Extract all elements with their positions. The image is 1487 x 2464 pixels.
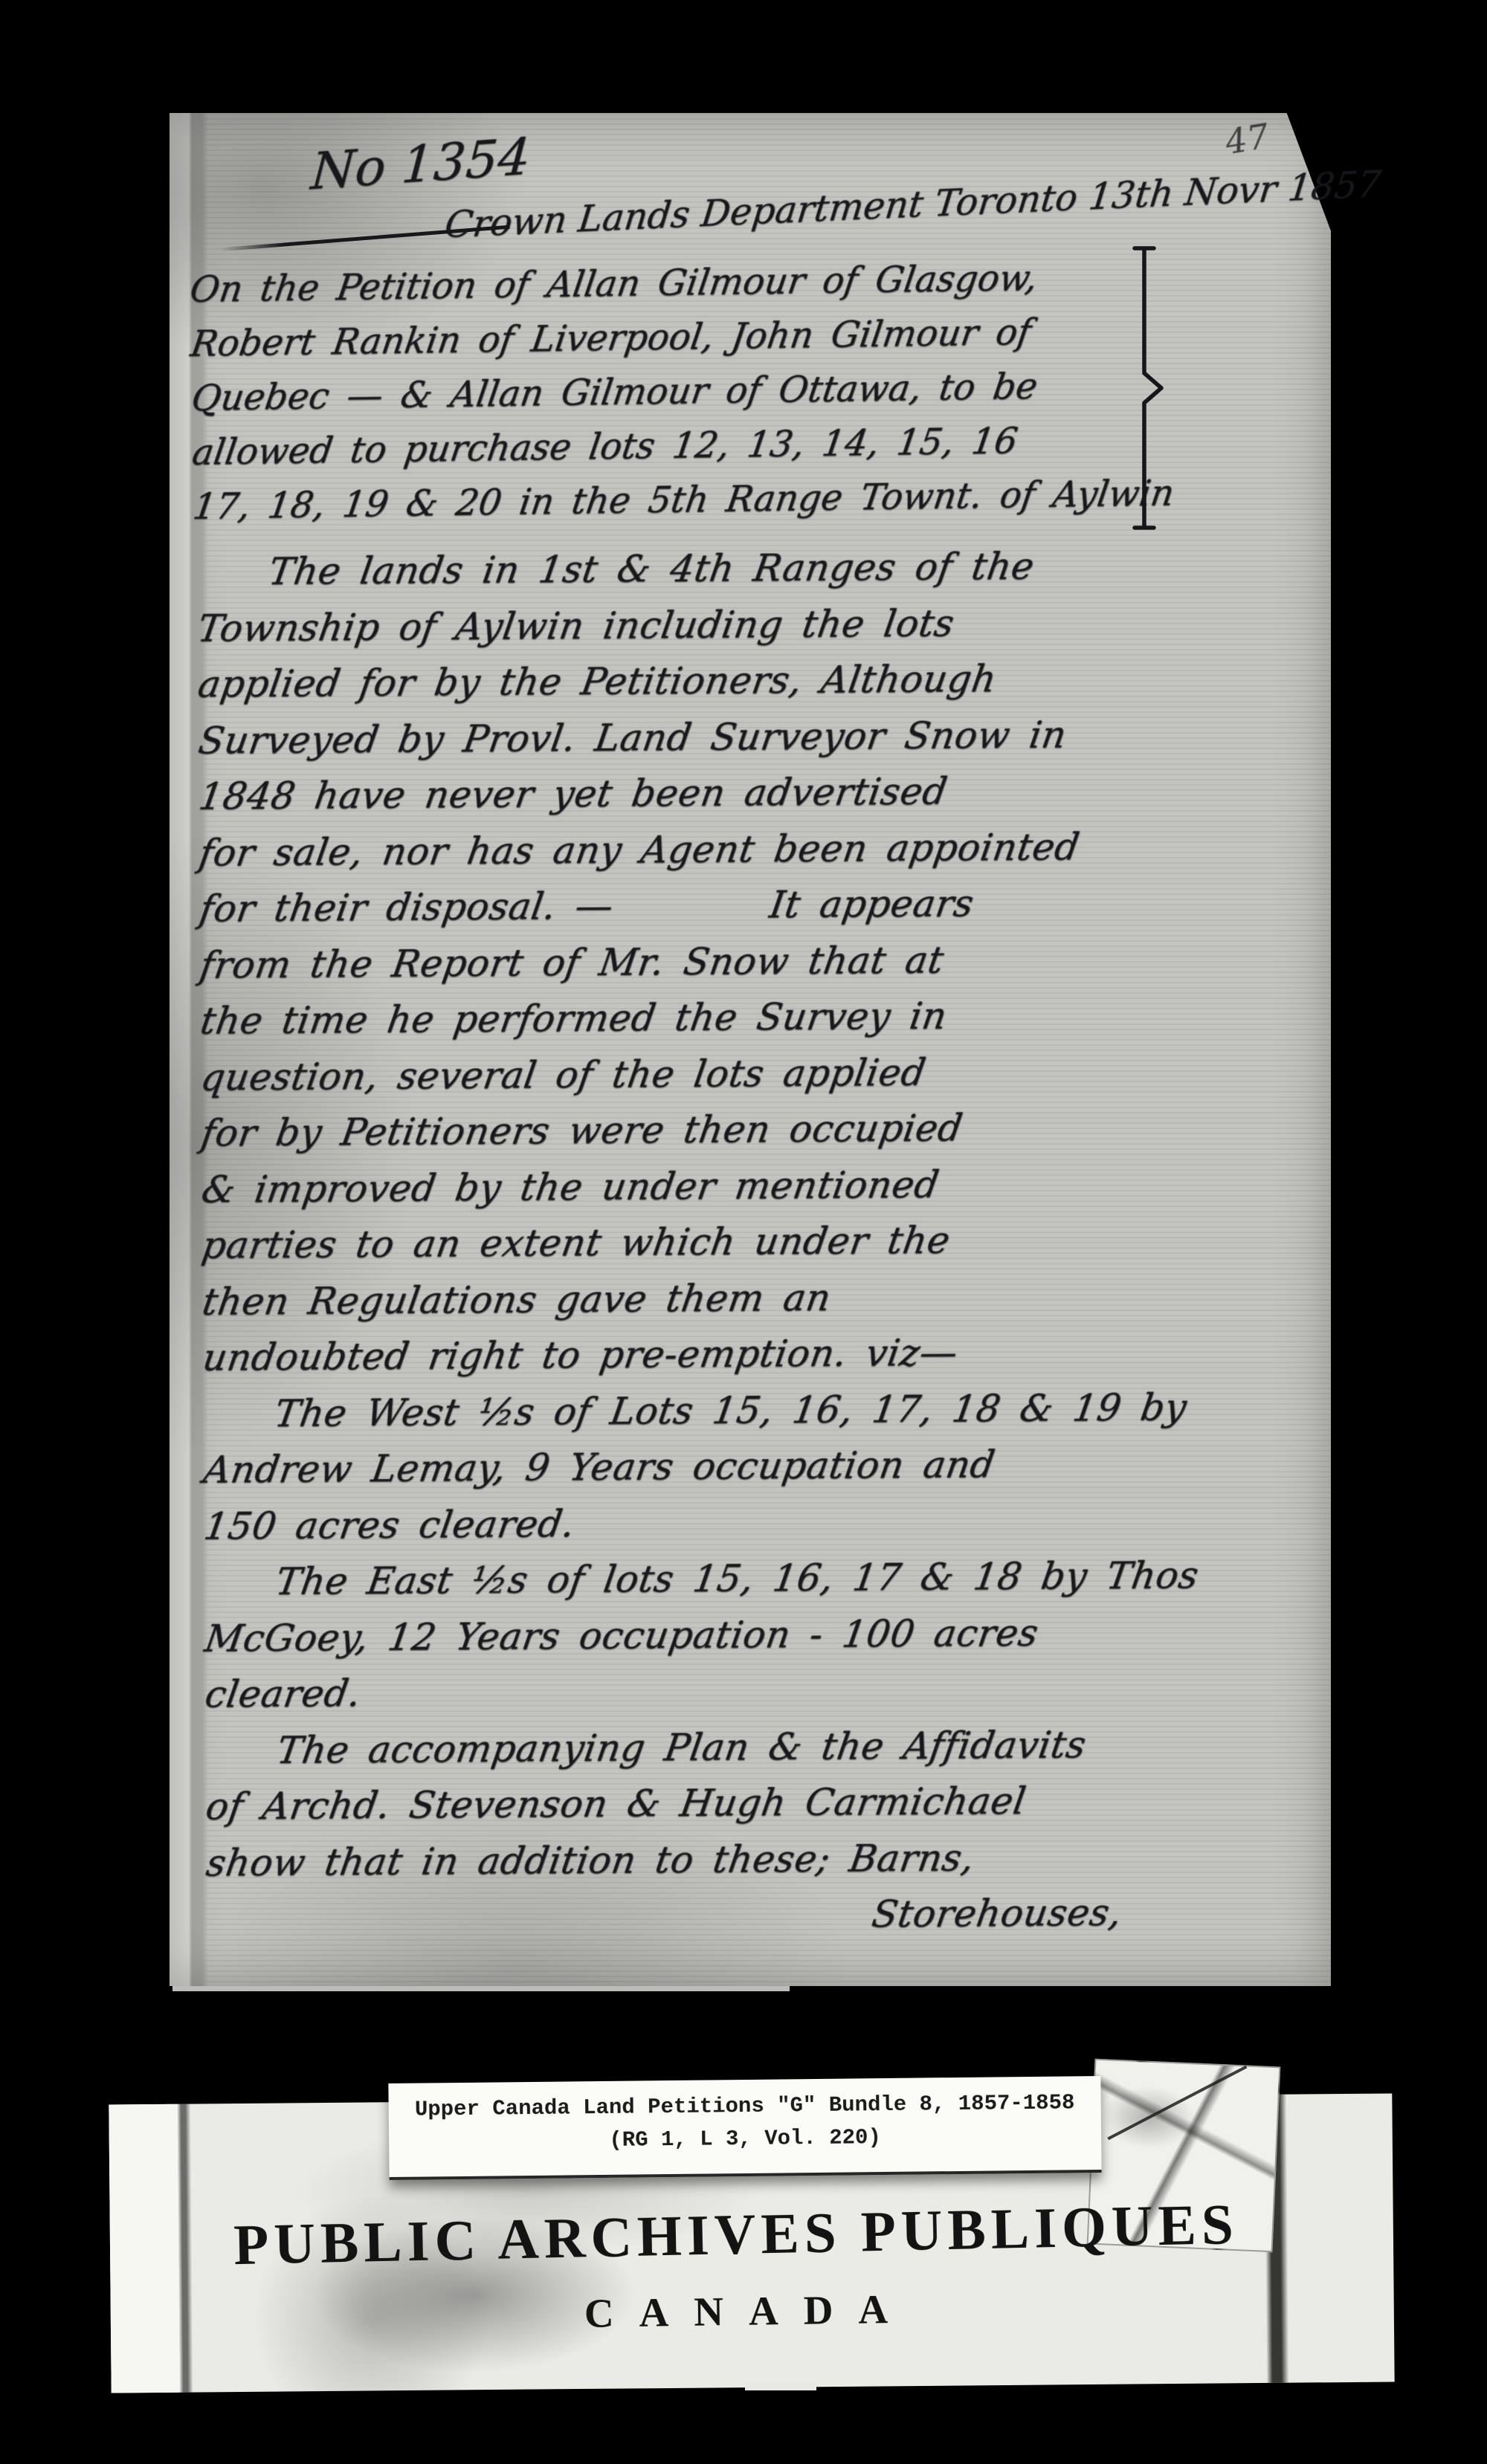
- report-line: applied for by the Petitioners, Although: [194, 650, 1206, 713]
- report-line: The lands in 1st & 4th Ranges of the: [193, 537, 1205, 601]
- report-line: The West ½s of Lots 15, 16, 17, 18 & 19 …: [199, 1380, 1211, 1443]
- petition-recital: On the Petition of Allan Gilmour of Glas…: [186, 250, 1149, 534]
- report-line: then Regulations gave them an: [199, 1267, 1210, 1330]
- report-line: 150 acres cleared.: [200, 1492, 1212, 1555]
- report-line: for by Petitioners were then occupied: [197, 1099, 1209, 1162]
- report-body: The lands in 1st & 4th Ranges of the Tow…: [193, 537, 1206, 1947]
- report-line: for their disposal. — It appears: [196, 874, 1207, 937]
- report-line: cleared.: [201, 1660, 1213, 1723]
- report-line: of Archd. Stevenson & Hugh Carmichael: [202, 1772, 1214, 1835]
- report-line: Storehouses,: [203, 1884, 1215, 1947]
- sheet-bottom-edge: [172, 1986, 790, 1991]
- report-line: parties to an extent which under the: [198, 1211, 1210, 1274]
- report-line: from the Report of Mr. Snow that at: [196, 931, 1208, 994]
- report-line: The East ½s of lots 15, 16, 17 & 18 by T…: [200, 1548, 1212, 1611]
- report-line: for sale, nor has any Agent been appoint…: [196, 818, 1207, 882]
- report-line: undoubted right to pre-emption. viz—: [199, 1323, 1210, 1386]
- reference-line: (RG 1, L 3, Vol. 220): [389, 2119, 1101, 2159]
- report-line: 1848 have never yet been advertised: [195, 762, 1207, 825]
- folio-number: 47: [1222, 116, 1271, 162]
- report-line: show that in addition to these; Barns,: [202, 1828, 1214, 1892]
- report-line: Township of Aylwin including the lots: [193, 594, 1205, 657]
- paper-fragment: [745, 2381, 816, 2390]
- microfilm-scan: 47 No 1354 Crown Lands Department Toront…: [0, 0, 1487, 2464]
- report-line: the time he performed the Survey in: [196, 986, 1208, 1050]
- report-line: & improved by the under mentioned: [198, 1155, 1210, 1218]
- typed-reference-label: Upper Canada Land Petitions "G" Bundle 8…: [388, 2076, 1101, 2180]
- report-line: question, several of the lots applied: [197, 1043, 1209, 1106]
- report-line: Surveyed by Provl. Land Surveyor Snow in: [195, 706, 1207, 769]
- report-line: Andrew Lemay, 9 Years occupation and: [199, 1435, 1211, 1498]
- report-line: McGoey, 12 Years occupation - 100 acres: [201, 1604, 1213, 1667]
- petition-brace-icon: [1130, 242, 1166, 534]
- report-line: The accompanying Plan & the Affidavits: [201, 1716, 1213, 1779]
